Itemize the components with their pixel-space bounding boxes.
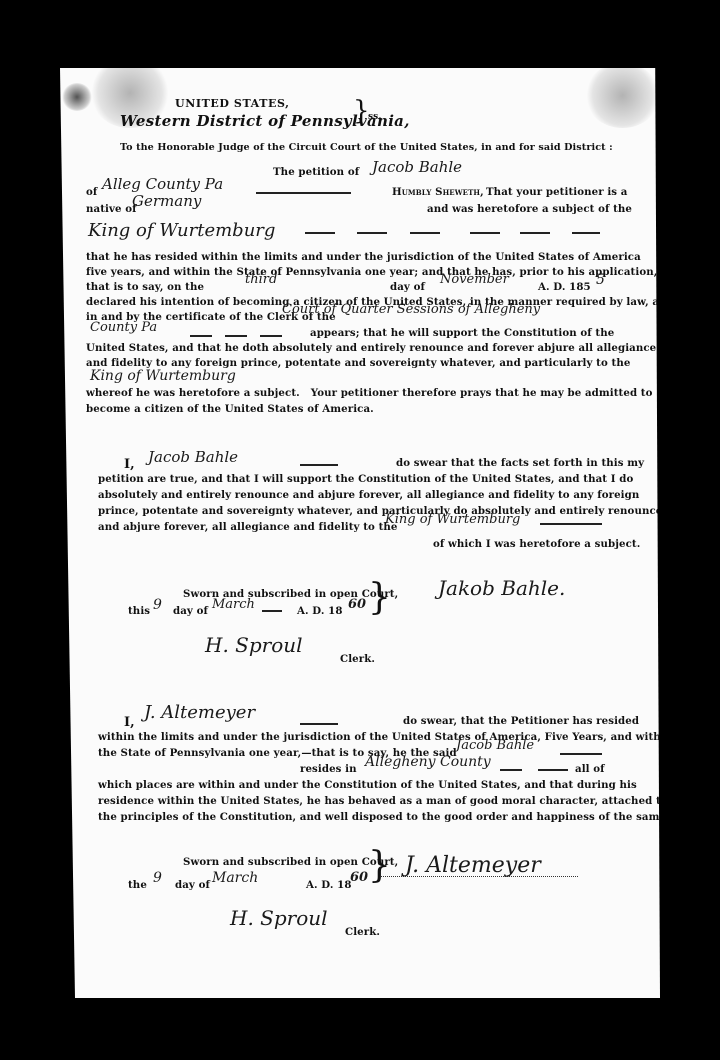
of-label: of — [86, 186, 97, 198]
blank-line — [540, 523, 602, 525]
witness-signature: J. Altemeyer — [405, 853, 541, 878]
petitioner-signature: Jakob Bahle. — [438, 576, 565, 600]
native-country: Germany — [132, 192, 201, 210]
day-of-label: day of — [390, 281, 425, 293]
witness-residence: Allegheny County — [365, 754, 491, 770]
petition-line-us: United States, and that he doth absolute… — [86, 342, 656, 354]
blank-line — [538, 769, 568, 771]
oath-sovereign: King of Wurtemburg — [385, 512, 520, 527]
declaration-year-digit: 5 — [596, 272, 605, 288]
oath-i-label: I, — [124, 457, 135, 472]
header-country: UNITED STATES, — [175, 97, 290, 110]
witness-i-label: I, — [124, 715, 135, 730]
blank-line — [410, 232, 440, 234]
court-name-county: County Pa — [90, 320, 157, 335]
blank-line — [357, 232, 387, 234]
petitioner-name: Jacob Bahle — [372, 158, 462, 176]
witness-clerk-signature: H. Sproul — [230, 906, 328, 930]
petition-line-whereof: whereof he was heretofore a subject. You… — [86, 387, 653, 399]
oath-this-label: this — [128, 605, 150, 617]
blank-line — [500, 769, 522, 771]
court-name: Court of Quarter Sessions of Allegheny — [282, 302, 540, 317]
petition-line-five-years: five years, and within the State of Penn… — [86, 266, 657, 278]
blank-line — [262, 610, 282, 612]
petition-line-become: become a citizen of the United States of… — [86, 403, 374, 415]
witness-resides-label: resides in — [300, 763, 357, 775]
oath-ad-label: A. D. 18 — [297, 605, 343, 617]
blank-line — [470, 232, 500, 234]
witness-brace: } — [368, 848, 391, 884]
oath-line2: petition are true, and that I will suppo… — [98, 473, 633, 485]
declaration-day: third — [245, 272, 277, 287]
native-of-label: native of — [86, 203, 137, 215]
petition-of-label: The petition of — [273, 166, 359, 178]
blank-line — [520, 232, 550, 234]
oath-year-digits: 60 — [348, 597, 366, 612]
witness-line5: which places are within and under the Co… — [98, 779, 637, 791]
oath-clerk-label: Clerk. — [340, 653, 375, 665]
blank-line — [300, 464, 338, 466]
witness-line2: within the limits and under the jurisdic… — [98, 731, 672, 743]
sovereign-name: King of Wurtemburg — [88, 220, 275, 241]
blank-line — [572, 232, 600, 234]
stain-top-left-small — [62, 83, 92, 111]
oath-day-of-label: day of — [173, 605, 208, 617]
sovereign-name-2: King of Wurtemburg — [90, 368, 236, 384]
witness-name: J. Altemeyer — [144, 702, 255, 723]
header-ss: ss. — [368, 112, 382, 122]
witness-day-of-label: day of — [175, 879, 210, 891]
oath-line4: prince, potentate and sovereignty whatev… — [98, 505, 662, 517]
declaration-month: November — [440, 272, 509, 287]
blank-line — [260, 335, 282, 337]
stain-top-right — [585, 63, 660, 128]
appears-tail: appears; that he will support the Consti… — [310, 327, 614, 339]
oath-brace: } — [368, 580, 391, 616]
blank-line — [305, 232, 335, 234]
declaration-ad-label: A. D. 185 — [538, 281, 591, 293]
witness-line7: the principles of the Constitution, and … — [98, 811, 670, 823]
witness-line6: residence within the United States, he h… — [98, 795, 668, 807]
oath-day: 9 — [153, 597, 162, 613]
oath-line3: absolutely and entirely renounce and abj… — [98, 489, 639, 501]
court-address: To the Honorable Judge of the Circuit Co… — [120, 142, 613, 153]
witness-month: March — [212, 870, 258, 886]
naturalization-petition-document: UNITED STATES, Western District of Penns… — [60, 68, 660, 998]
oath-line5: and abjure forever, all allegiance and f… — [98, 521, 397, 533]
oath-clerk-signature: H. Sproul — [205, 633, 303, 657]
blank-line — [190, 335, 212, 337]
witness-year-digits: 60 — [350, 870, 368, 885]
oath-line1-tail: do swear that the facts set forth in thi… — [396, 457, 644, 469]
blank-line — [560, 753, 602, 755]
witness-line1-tail: do swear, that the Petitioner has reside… — [403, 715, 639, 727]
petition-line1-tail: That your petitioner is a — [486, 186, 627, 198]
that-is-to-say-label: that is to say, on the — [86, 281, 204, 293]
witness-said-name: Jacob Bahle — [456, 738, 534, 753]
humbly-sheweth: Humbly Sheweth, — [392, 186, 484, 198]
oath-name: Jacob Bahle — [148, 448, 238, 466]
witness-day: 9 — [153, 870, 162, 886]
blank-line — [300, 723, 338, 725]
subject-tail: and was heretofore a subject of the — [427, 203, 632, 215]
witness-all-of: all of — [575, 763, 605, 775]
witness-sworn-label: Sworn and subscribed in open Court, — [183, 856, 398, 868]
oath-month: March — [212, 597, 255, 612]
blank-line — [256, 192, 351, 194]
witness-ad-label: A. D. 18 — [306, 879, 352, 891]
blank-line — [225, 335, 247, 337]
petition-line-resided: that he has resided within the limits an… — [86, 251, 641, 263]
witness-clerk-label: Clerk. — [345, 926, 380, 938]
oath-line6: of which I was heretofore a subject. — [433, 538, 640, 550]
witness-the-label: the — [128, 879, 147, 891]
petitioner-residence: Alleg County Pa — [102, 175, 223, 193]
